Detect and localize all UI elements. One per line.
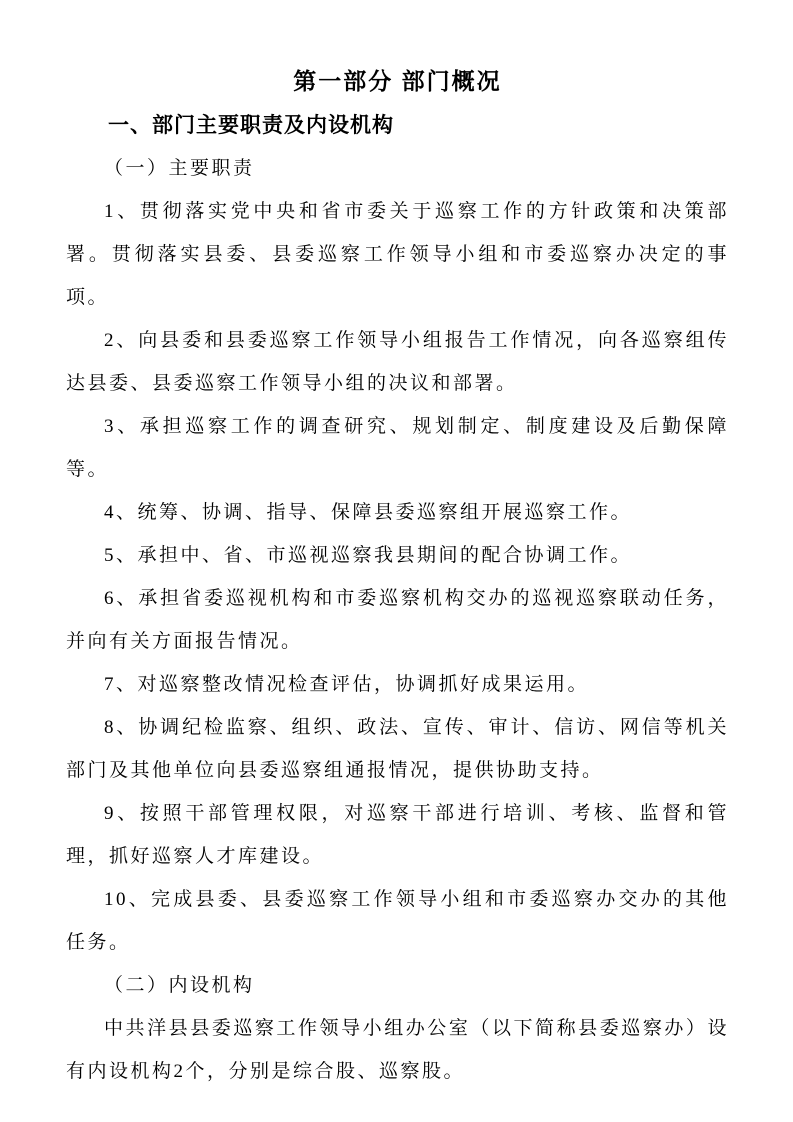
document-page: 第一部分 部门概况 一、部门主要职责及内设机构 （一）主要职责 1、贯彻落实党中… xyxy=(0,0,793,1122)
document-title: 第一部分 部门概况 xyxy=(66,58,729,104)
subsection-heading-internal-structure: （二）内设机构 xyxy=(66,964,729,1007)
duty-item-7: 7、对巡察整改情况检查评估，协调抓好成果运用。 xyxy=(66,663,729,706)
duty-item-8: 8、协调纪检监察、组织、政法、宣传、审计、信访、网信等机关部门及其他单位向县委巡… xyxy=(66,706,729,792)
duty-item-3: 3、承担巡察工作的调查研究、规划制定、制度建设及后勤保障等。 xyxy=(66,405,729,491)
duty-item-5: 5、承担中、省、市巡视巡察我县期间的配合协调工作。 xyxy=(66,534,729,577)
duty-item-2: 2、向县委和县委巡察工作领导小组报告工作情况，向各巡察组传达县委、县委巡察工作领… xyxy=(66,319,729,405)
duty-item-4: 4、统筹、协调、指导、保障县委巡察组开展巡察工作。 xyxy=(66,491,729,534)
section-heading: 一、部门主要职责及内设机构 xyxy=(66,104,729,147)
internal-structure-paragraph: 中共洋县县委巡察工作领导小组办公室（以下简称县委巡察办）设有内设机构2个，分别是… xyxy=(66,1007,729,1093)
duty-item-1: 1、贯彻落实党中央和省市委关于巡察工作的方针政策和决策部署。贯彻落实县委、县委巡… xyxy=(66,190,729,319)
duty-item-10: 10、完成县委、县委巡察工作领导小组和市委巡察办交办的其他任务。 xyxy=(66,878,729,964)
duty-item-6: 6、承担省委巡视机构和市委巡察机构交办的巡视巡察联动任务，并向有关方面报告情况。 xyxy=(66,577,729,663)
subsection-heading-main-duties: （一）主要职责 xyxy=(66,147,729,190)
duty-item-9: 9、按照干部管理权限，对巡察干部进行培训、考核、监督和管理，抓好巡察人才库建设。 xyxy=(66,792,729,878)
